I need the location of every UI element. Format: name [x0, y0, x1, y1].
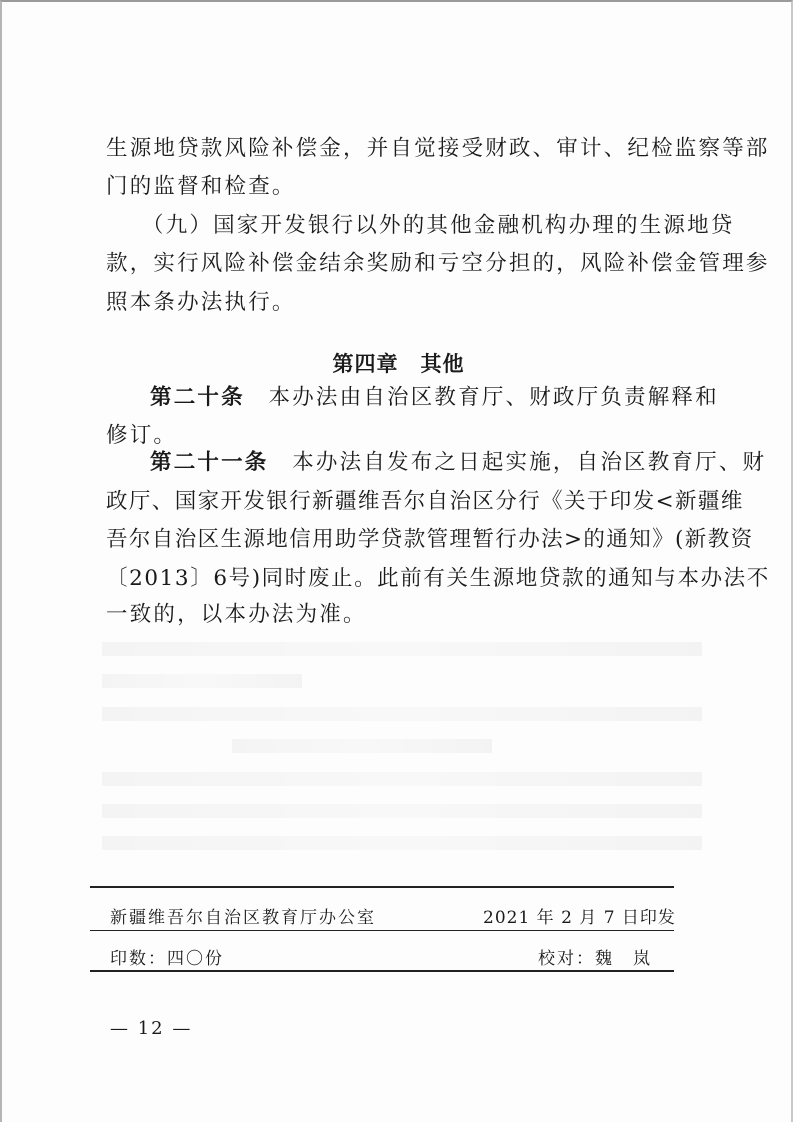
bleed-through-texture	[232, 739, 492, 753]
chapter-heading: 第四章 其他	[2, 348, 793, 378]
article-21-line: 政厅、国家开发银行新疆维吾尔自治区分行《关于印发<新疆维	[106, 491, 706, 513]
item-nine-line: 照本条办法执行。	[106, 292, 706, 314]
article-spacer	[245, 385, 269, 410]
article-21-line: 一致的，以本办法为准。	[106, 604, 706, 626]
page-number: — 12 —	[110, 1018, 192, 1039]
bleed-through-texture	[102, 642, 702, 656]
article-spacer	[269, 450, 293, 475]
footer-proofreader: 校对：魏 岚	[538, 944, 652, 969]
footer-issue-date: 2021 年 2 月 7 日印发	[483, 903, 676, 928]
body-line: 生源地贷款风险补偿金，并自觉接受财政、审计、纪检监察等部	[106, 138, 706, 160]
article-21-line: 吾尔自治区生源地信用助学贷款管理暂行办法>的通知》(新教资	[106, 529, 706, 551]
document-page: 生源地贷款风险补偿金，并自觉接受财政、审计、纪检监察等部 门的监督和检查。 （九…	[0, 0, 793, 1122]
article-20-line: 修订。	[106, 425, 706, 447]
bleed-through-texture	[102, 772, 702, 786]
article-21-text: 本办法自发布之日起实施，自治区教育厅、财	[292, 450, 766, 475]
footer-rule-top	[90, 886, 674, 888]
article-21-line: 第二十一条 本办法自发布之日起实施，自治区教育厅、财	[150, 452, 750, 474]
article-21-label: 第二十一条	[150, 450, 269, 475]
article-20-line: 第二十条 本办法由自治区教育厅、财政厅负责解释和	[150, 387, 750, 409]
footer-rule-middle	[90, 930, 674, 931]
footer-print-count: 印数：四〇份	[110, 944, 224, 969]
article-20-text: 本办法由自治区教育厅、财政厅负责解释和	[269, 385, 719, 410]
body-line: 门的监督和检查。	[106, 176, 706, 198]
item-nine-line: 款，实行风险补偿金结余奖励和亏空分担的，风险补偿金管理参	[106, 253, 706, 275]
article-20-label: 第二十条	[150, 385, 245, 410]
bleed-through-texture	[102, 674, 302, 688]
footer-issuer: 新疆维吾尔自治区教育厅办公室	[110, 903, 376, 928]
footer-rule-bottom	[90, 970, 674, 972]
bleed-through-texture	[102, 804, 702, 818]
item-nine-line: （九）国家开发银行以外的其他金融机构办理的生源地贷	[142, 215, 742, 237]
bleed-through-texture	[102, 836, 702, 850]
article-21-line: 〔2013〕6号)同时废止。此前有关生源地贷款的通知与本办法不	[106, 568, 706, 590]
bleed-through-texture	[102, 707, 702, 721]
